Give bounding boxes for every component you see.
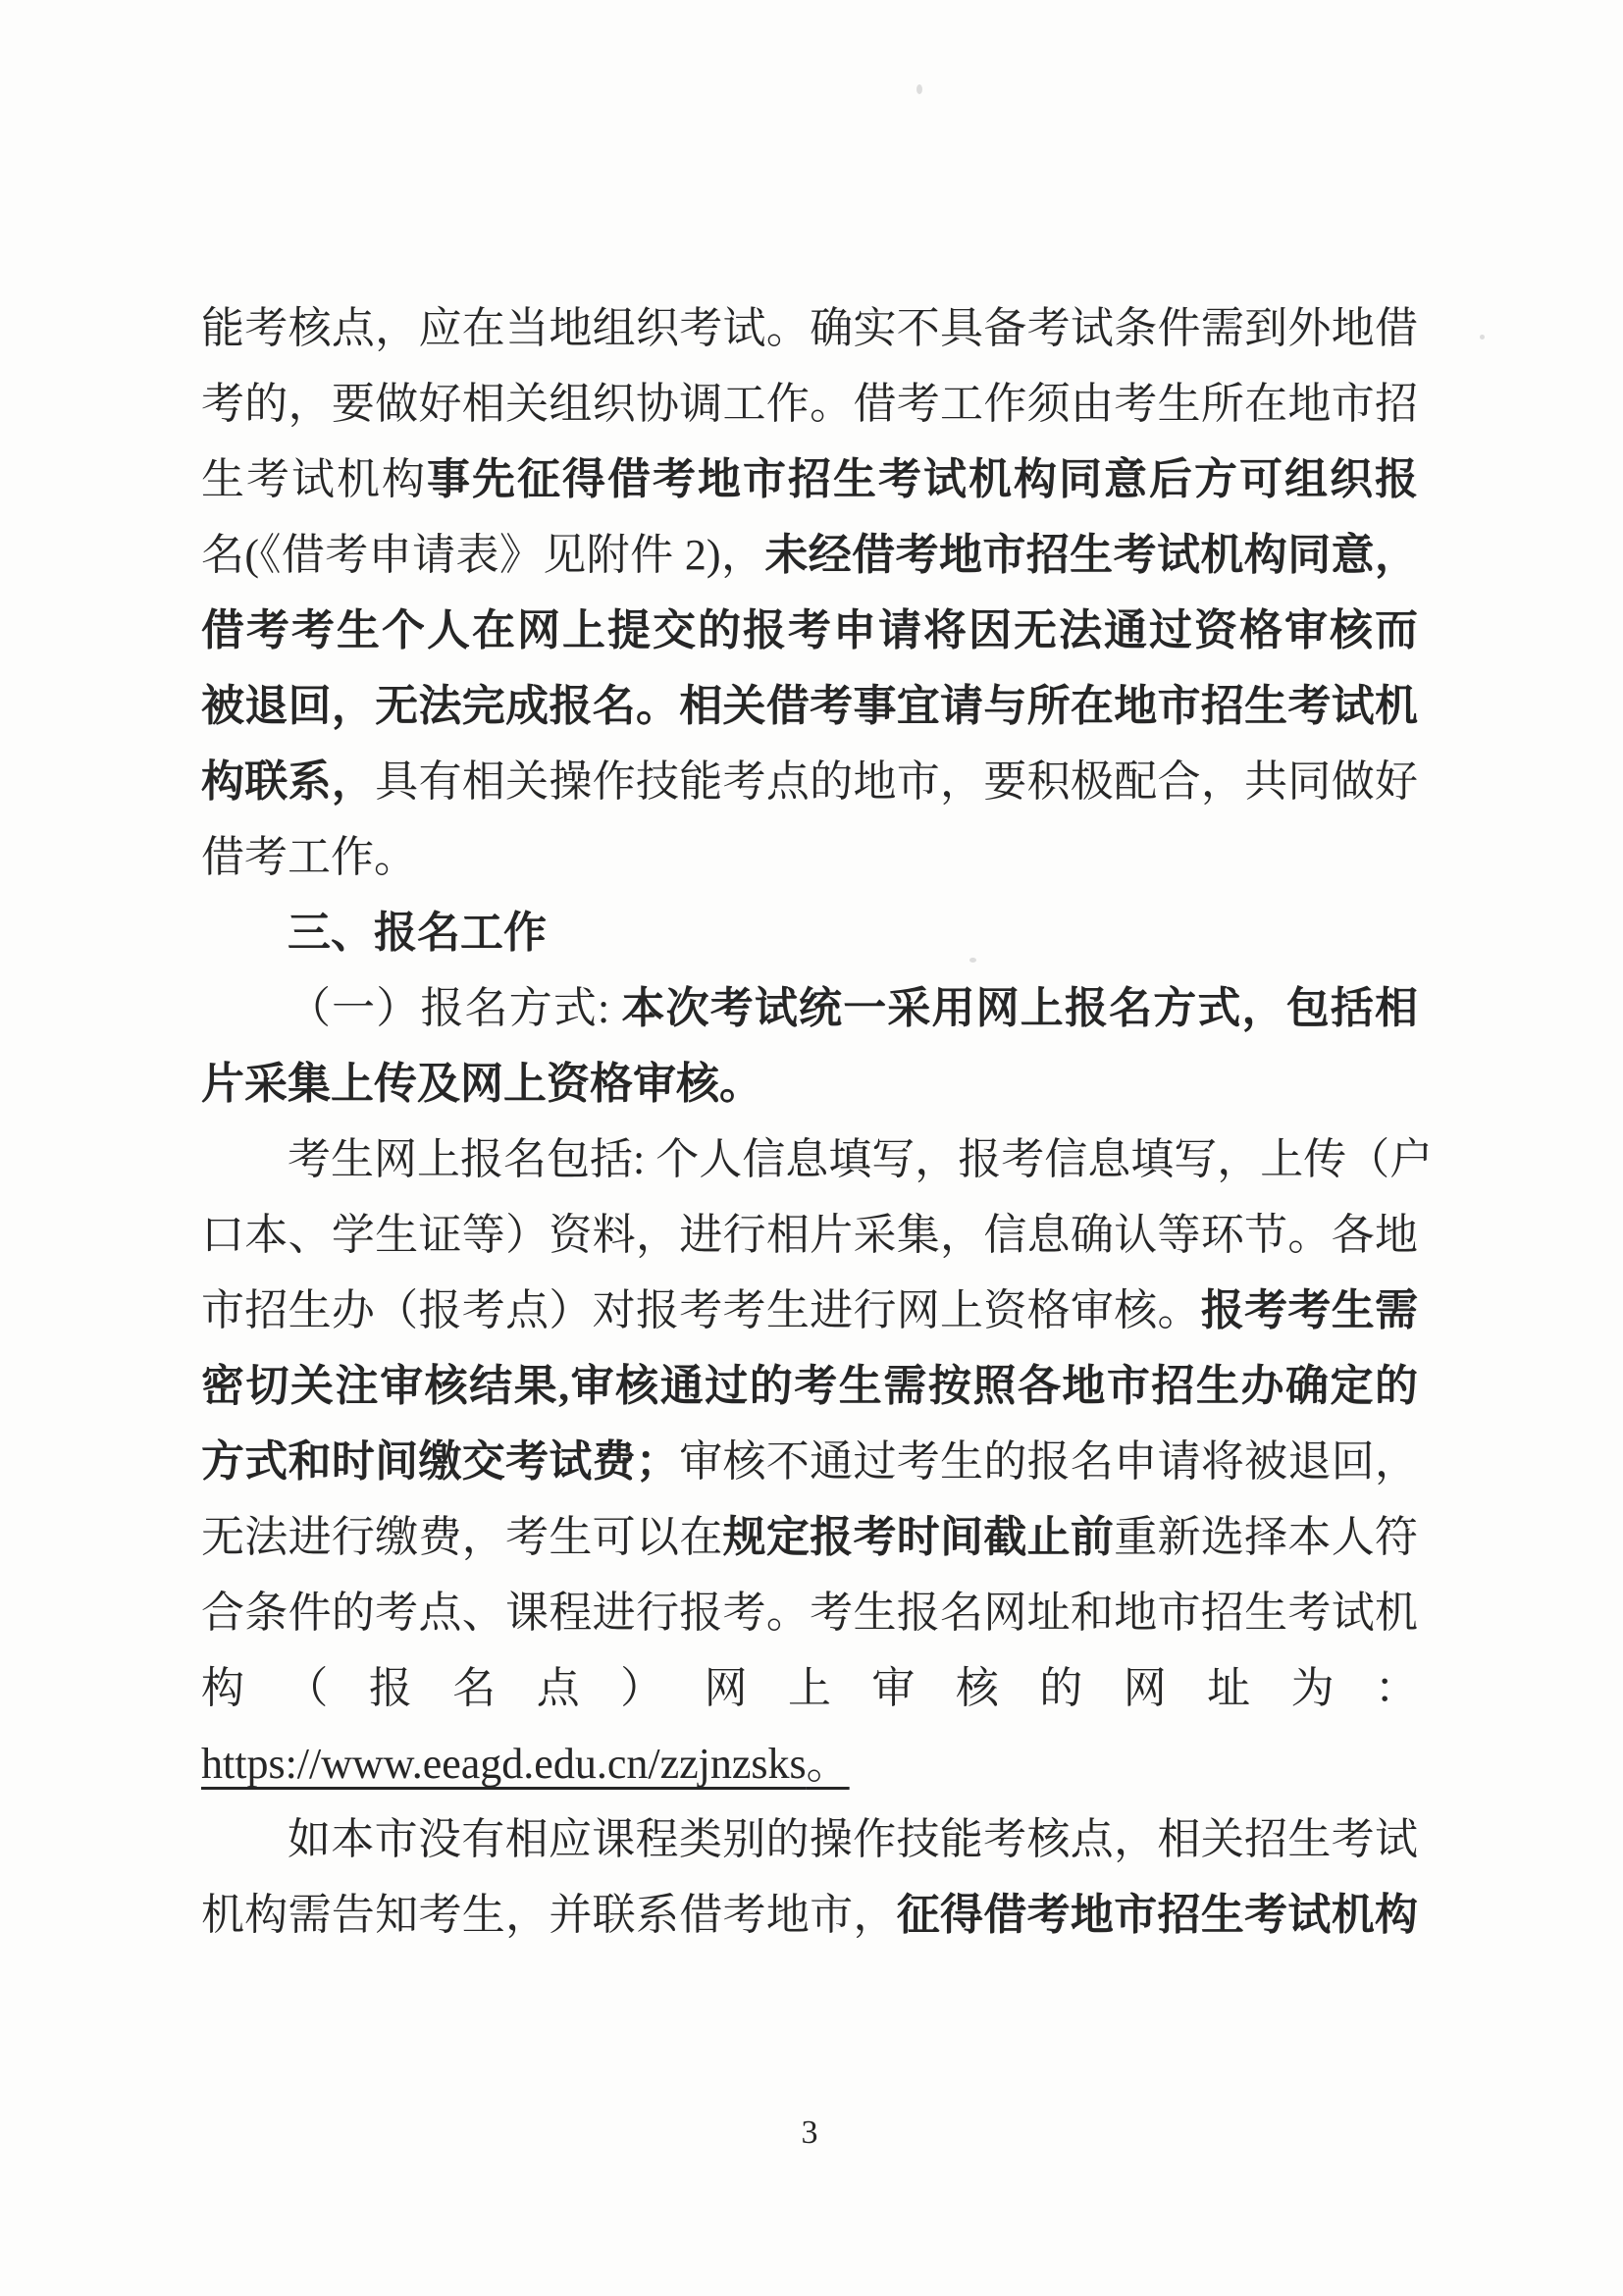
text-segment: 如本市没有相应课程类别的操作技能考核点，相关招生考试 [288, 1815, 1418, 1863]
line-02: 考的，要做好相关组织协调工作。借考工作须由考生所在地市招 [201, 366, 1418, 442]
text-segment: 能考核点，应在当地组织考试。确实不具备考试条件需到外地借 [201, 304, 1418, 352]
line-14: 市招生办（报考点）对报考考生进行网上资格审核。报考考生需 [201, 1273, 1418, 1348]
text-segment: 考生网上报名包括: 个人信息填写，报考信息填写，上传（户 [288, 1135, 1433, 1183]
text-segment: 三、报名工作 [288, 909, 547, 957]
text-segment: 密切关注审核结果,审核通过的考生需按照各地市招生办确定的 [201, 1362, 1418, 1410]
line-21: 如本市没有相应课程类别的操作技能考核点，相关招生考试 [201, 1801, 1418, 1877]
document-page: 能考核点，应在当地组织考试。确实不具备考试条件需到外地借考的，要做好相关组织协调… [0, 0, 1623, 2296]
line-18: 合条件的考点、课程进行报考。考生报名网址和地市招生考试机 [201, 1575, 1418, 1650]
text-segment: 名(《借考申请表》见附件 2)， [201, 531, 764, 579]
line-17: 无法进行缴费，考生可以在规定报考时间截止前重新选择本人符 [201, 1499, 1418, 1575]
line-08: 借考工作。 [201, 819, 1418, 895]
line-19: 构（报名点）网上审核的网址为： [201, 1650, 1418, 1726]
line-13: 口本、学生证等）资料，进行相片采集，信息确认等环节。各地 [201, 1197, 1418, 1273]
text-segment: 报考考生需 [1201, 1286, 1418, 1334]
text-segment: 具有相关操作技能考点的地市，要积极配合，共同做好 [375, 757, 1418, 806]
text-segment: 规定报考时间截止前 [723, 1513, 1115, 1561]
line-07: 构联系，具有相关操作技能考点的地市，要积极配合，共同做好 [201, 744, 1418, 819]
line-16: 方式和时间缴交考试费；审核不通过考生的报名申请将被退回， [201, 1424, 1418, 1499]
line-09: 三、报名工作 [201, 895, 1418, 970]
registration-url: 。 [807, 1740, 850, 1788]
text-segment: 审核不通过考生的报名申请将被退回， [679, 1437, 1418, 1486]
text-segment: 未经借考地市招生考试机构同意， [764, 531, 1418, 579]
text-segment: 借考工作。 [201, 833, 417, 881]
text-segment: 被退回，无法完成报名。相关借考事宜请与所在地市招生考试机 [201, 682, 1418, 730]
line-10: （一）报名方式: 本次考试统一采用网上报名方式，包括相 [201, 970, 1418, 1046]
registration-url: https://www.eeagd.edu.cn/zzjnzsks [201, 1740, 807, 1788]
scan-speck [969, 958, 976, 963]
line-05: 借考考生个人在网上提交的报考申请将因无法通过资格审核而 [201, 593, 1418, 668]
scan-speck [1480, 335, 1485, 339]
text-segment: 合条件的考点、课程进行报考。考生报名网址和地市招生考试机 [201, 1589, 1418, 1637]
text-segment: （一）报名方式: [288, 984, 621, 1032]
page-number: 3 [201, 2112, 1418, 2155]
text-segment: 征得借考地市招生考试机构 [897, 1891, 1418, 1939]
text-segment: 无法进行缴费，考生可以在 [201, 1513, 723, 1561]
line-22: 机构需告知考生，并联系借考地市，征得借考地市招生考试机构 [201, 1877, 1418, 1953]
line-15: 密切关注审核结果,审核通过的考生需按照各地市招生办确定的 [201, 1348, 1418, 1424]
line-06: 被退回，无法完成报名。相关借考事宜请与所在地市招生考试机 [201, 668, 1418, 744]
text-segment: 借考考生个人在网上提交的报考申请将因无法通过资格审核而 [201, 606, 1418, 654]
text-segment: 方式和时间缴交考试费； [201, 1437, 679, 1486]
text-segment: 事先征得借考地市招生考试机构同意后方可组织报 [427, 455, 1418, 503]
text-segment: 重新选择本人符 [1114, 1513, 1418, 1561]
text-segment: 市招生办（报考点）对报考考生进行网上资格审核。 [201, 1286, 1201, 1334]
line-03: 生考试机构事先征得借考地市招生考试机构同意后方可组织报 [201, 442, 1418, 517]
text-segment: 口本、学生证等）资料，进行相片采集，信息确认等环节。各地 [201, 1211, 1418, 1259]
text-segment: 机构需告知考生，并联系借考地市， [201, 1891, 897, 1939]
line-11: 片采集上传及网上资格审核。 [201, 1046, 1418, 1122]
line-20: https://www.eeagd.edu.cn/zzjnzsks。 [201, 1726, 1418, 1801]
text-segment: 考的，要做好相关组织协调工作。借考工作须由考生所在地市招 [201, 380, 1418, 428]
text-segment: 本次考试统一采用网上报名方式，包括相 [621, 984, 1418, 1032]
text-segment: 生考试机构 [201, 455, 427, 503]
document-body: 能考核点，应在当地组织考试。确实不具备考试条件需到外地借考的，要做好相关组织协调… [201, 290, 1418, 1953]
scan-speck [916, 84, 922, 94]
text-segment: 片采集上传及网上资格审核。 [201, 1060, 762, 1108]
text-segment: 构联系， [201, 757, 375, 806]
text-segment: 构（报名点）网上审核的网址为： [201, 1664, 1418, 1712]
line-01: 能考核点，应在当地组织考试。确实不具备考试条件需到外地借 [201, 290, 1418, 366]
line-12: 考生网上报名包括: 个人信息填写，报考信息填写，上传（户 [201, 1122, 1418, 1197]
line-04: 名(《借考申请表》见附件 2)，未经借考地市招生考试机构同意， [201, 517, 1418, 593]
